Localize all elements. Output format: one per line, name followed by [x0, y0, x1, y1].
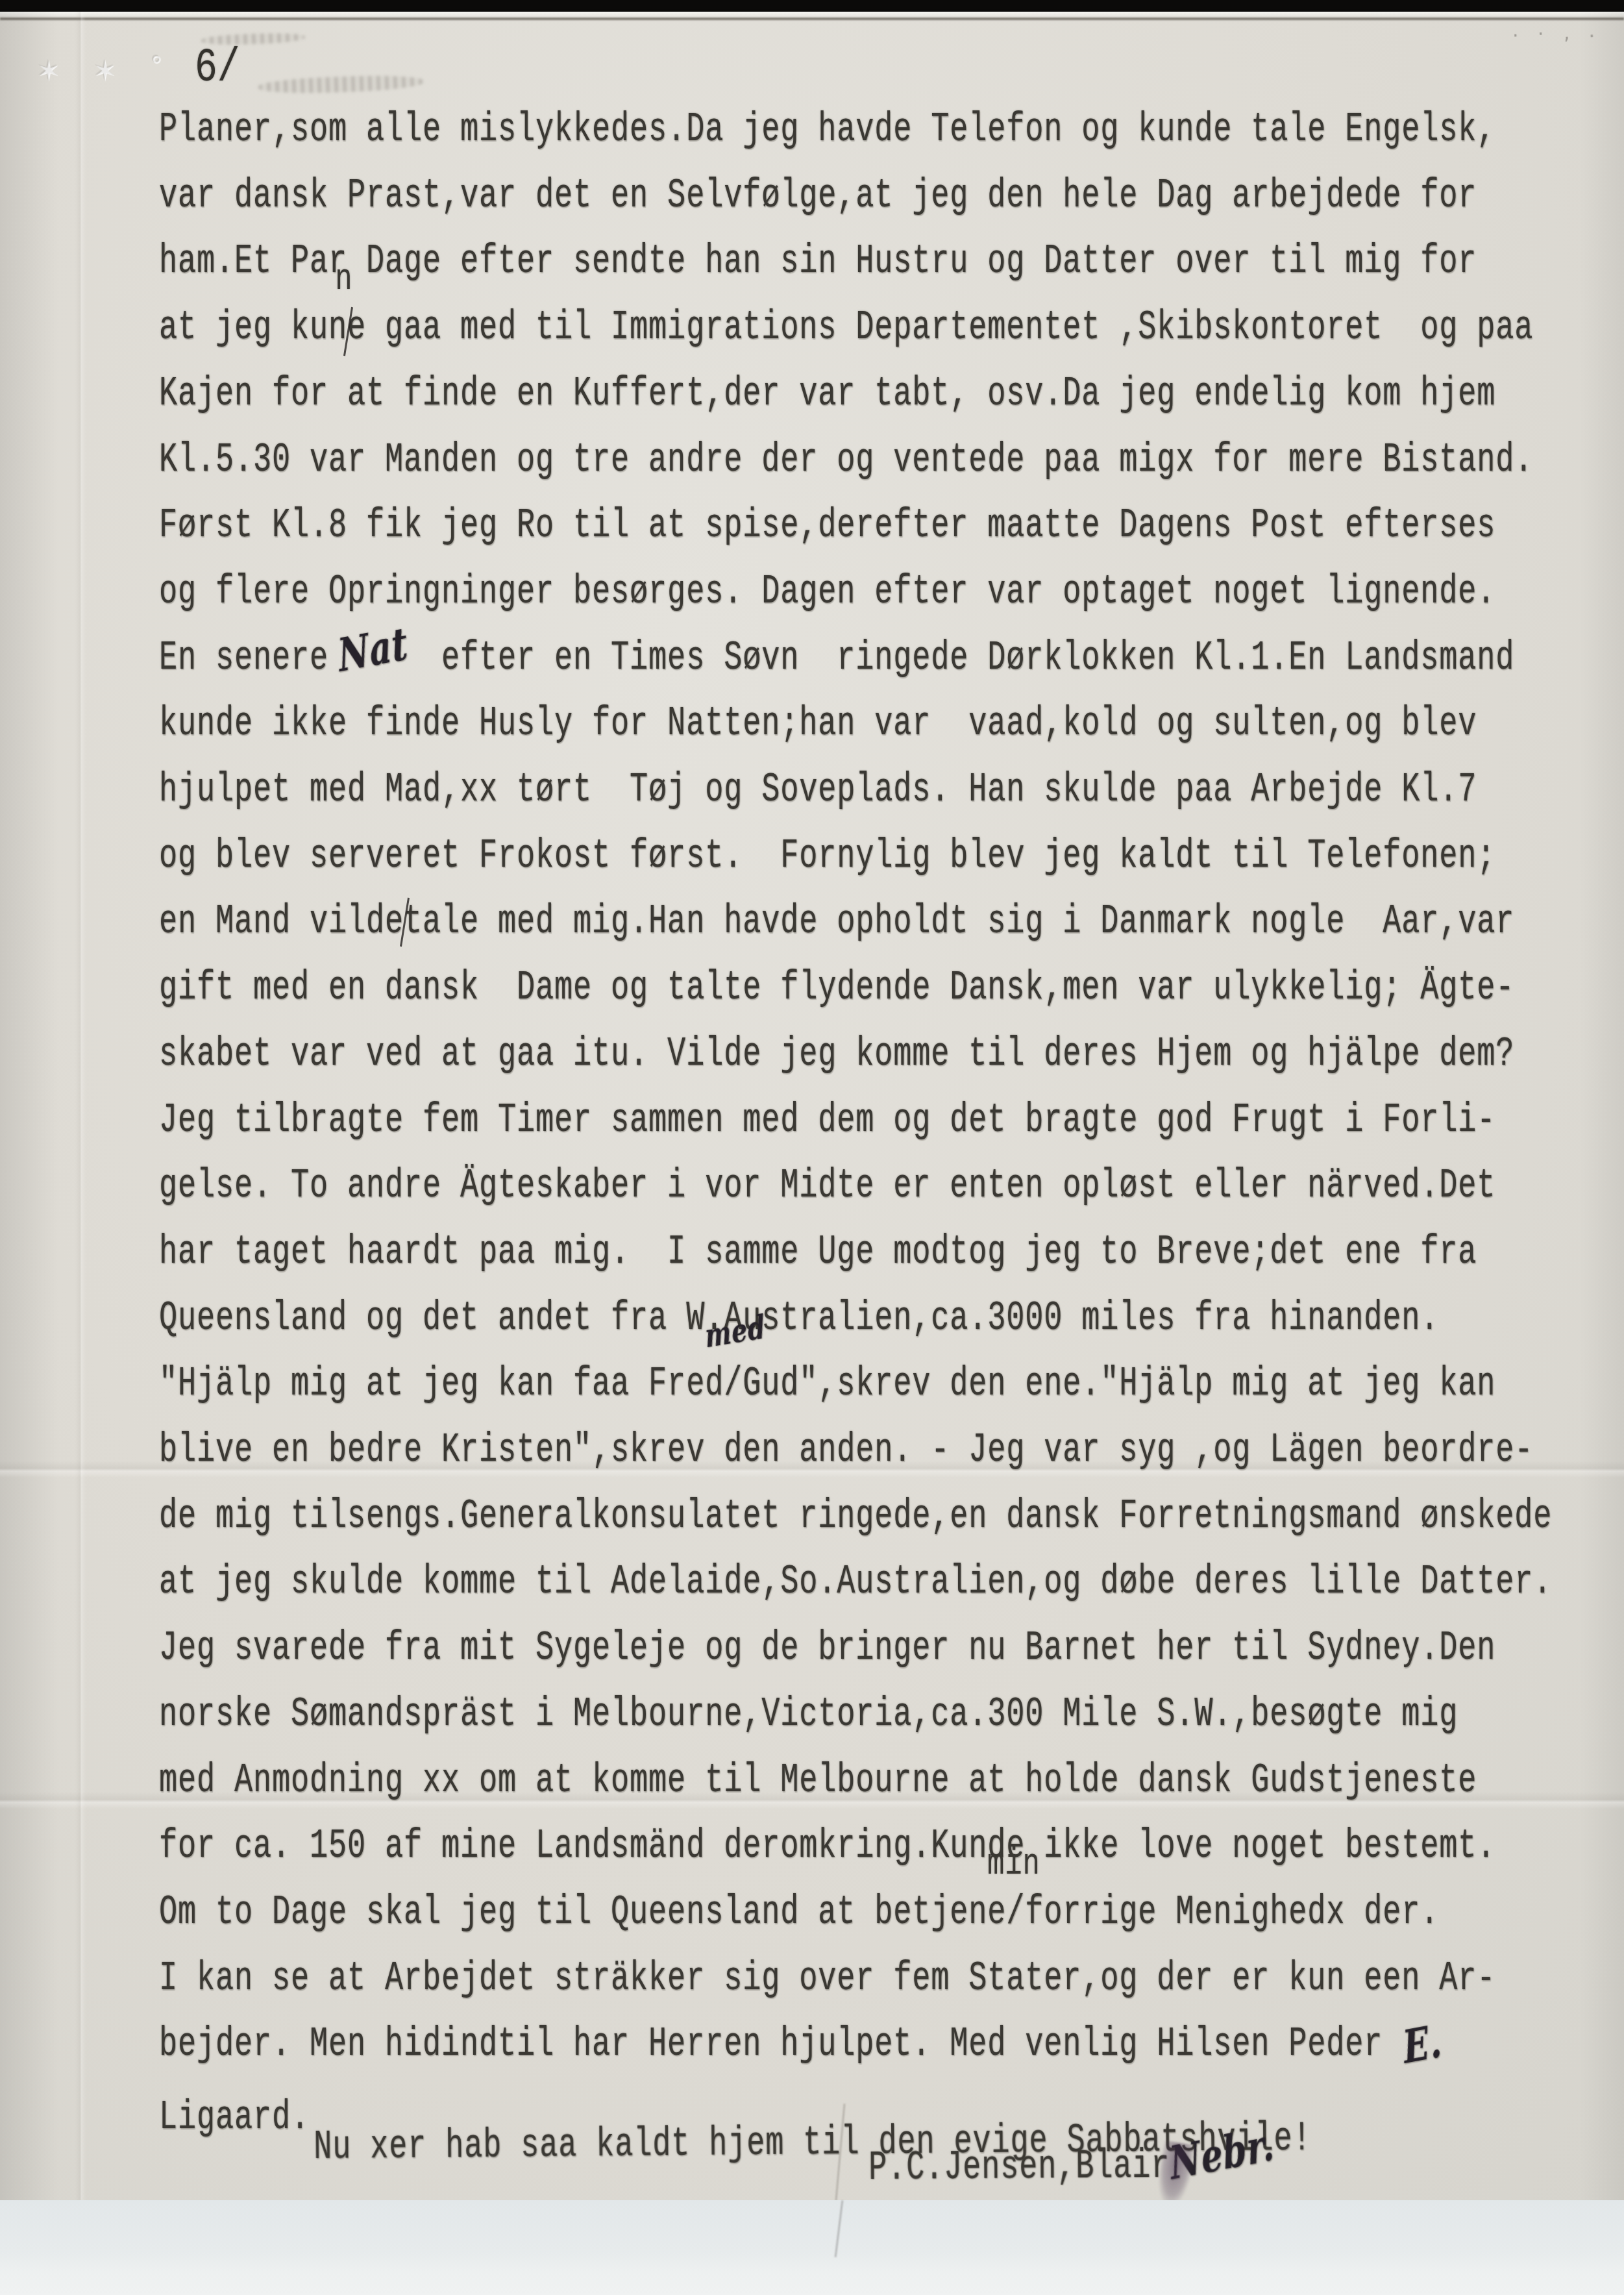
emboss-marks: ✶ ✶ ˚ ·	[36, 55, 217, 88]
letter-paper: ✶ ✶ ˚ · 6/ · · ‚ . Planer,som alle misly…	[0, 12, 1624, 2200]
scanned-letter-page: ✶ ✶ ˚ · 6/ · · ‚ . Planer,som alle misly…	[0, 0, 1624, 2295]
letter-line: og blev serveret Frokost først. Fornylig…	[159, 837, 1495, 877]
typed-text: Først Kl.8 fik jeg Ro til at spise,deref…	[159, 504, 1495, 549]
letter-line: for ca. 150 af mine Landsmänd deromkring…	[159, 1827, 1495, 1867]
vertical-fold-crease	[75, 12, 86, 2200]
typed-text: ham.Et Par Dage efter sendte han sin Hus…	[159, 240, 1477, 285]
letter-line: Først Kl.8 fik jeg Ro til at spise,deref…	[159, 506, 1495, 547]
typed-text: var dansk Prast,var det en Selvfølge,at …	[159, 174, 1477, 219]
typed-text: P.C.Jensen,Blair	[868, 2144, 1170, 2192]
letter-line: Jeg tilbragte fem Timer sammen med dem o…	[159, 1101, 1495, 1141]
scanner-background-bottom	[0, 2200, 1624, 2295]
letter-line: hjulpet med Mad,xx tørt Tøj og Soveplads…	[159, 771, 1477, 811]
typed-text: for ca. 150 af mine Landsmänd deromkring…	[159, 1824, 1495, 1870]
typed-text: og blev serveret Frokost først. Fornylig…	[159, 834, 1495, 880]
letter-line: at jeg skulde komme til Adelaide,So.Aust…	[159, 1563, 1552, 1603]
letter-line: at jeg kune gaa med til Immigrations Dep…	[159, 308, 1533, 349]
ink-ghost-smudge	[201, 32, 305, 46]
letter-line: I kan se at Arbejdet sträkker sig over f…	[159, 1959, 1495, 2000]
typed-text: kunde ikke finde Husly for Natten;han va…	[159, 702, 1477, 747]
letter-line: "Hjälp mig at jeg kan faa Fred/Gud",skre…	[159, 1365, 1495, 1405]
handwritten-med: med	[704, 1310, 767, 1352]
typed-text: at jeg skulde komme til Adelaide,So.Aust…	[159, 1560, 1552, 1606]
typed-text: Jeg svarede fra mit Sygeleje og de bring…	[159, 1626, 1495, 1672]
letter-line: En senere efter en Times Søvn ringede Dø…	[159, 639, 1514, 679]
typed-text: de mig tilsengs.Generalkonsulatet ringed…	[159, 1495, 1552, 1540]
letter-line: Om to Dage skal jeg til Queensland at be…	[159, 1893, 1439, 1933]
page-number: 6/	[195, 45, 240, 93]
typed-text: blive en bedre Kristen",skrev den anden.…	[159, 1428, 1533, 1474]
letter-line: og flere Opringninger besørges. Dagen ef…	[159, 573, 1495, 613]
typed-text: skabet var ved at gaa itu. Vilde jeg kom…	[159, 1032, 1514, 1078]
paper-top-edge-shadow	[0, 18, 1624, 20]
signature-surname: Ligaard.	[159, 2098, 310, 2139]
paper-left-shading	[0, 12, 58, 2200]
typed-text: bejder. Men hidindtil har Herren hjulpet…	[159, 2022, 1401, 2068]
letter-line: norske Sømandspräst i Melbourne,Victoria…	[159, 1695, 1458, 1735]
typed-text: norske Sømandspräst i Melbourne,Victoria…	[159, 1693, 1458, 1738]
typed-text: Queensland og det andet fra W.Australien…	[159, 1296, 1439, 1342]
typed-text: Kl.5.30 var Manden og tre andre der og v…	[159, 438, 1533, 484]
letter-line: har taget haardt paa mig. I samme Uge mo…	[159, 1233, 1477, 1273]
typed-text: Jeg tilbragte fem Timer sammen med dem o…	[159, 1098, 1495, 1144]
letter-line: Queensland og det andet fra W.Australien…	[159, 1299, 1439, 1339]
letter-line: var dansk Prast,var det en Selvfølge,at …	[159, 177, 1477, 217]
letter-line: Kl.5.30 var Manden og tre andre der og v…	[159, 441, 1533, 481]
letter-line: Kajen for at finde en Kuffert,der var ta…	[159, 375, 1495, 415]
letter-line: ham.Et Par Dage efter sendte han sin Hus…	[159, 242, 1477, 282]
paper-right-shading	[1579, 12, 1624, 2200]
typed-text: og flere Opringninger besørges. Dagen ef…	[159, 570, 1495, 615]
letter-line: gelse. To andre Ägteskaber i vor Midte e…	[159, 1167, 1495, 1207]
handwritten-nat: Nat	[336, 622, 410, 679]
typed-text: hjulpet med Mad,xx tørt Tøj og Soveplads…	[159, 768, 1477, 813]
inserted-word-min: min	[987, 1845, 1040, 1883]
typed-text: gelse. To andre Ägteskaber i vor Midte e…	[159, 1164, 1495, 1210]
ink-ghost-smudge	[258, 74, 424, 95]
letter-line: blive en bedre Kristen",skrev den anden.…	[159, 1431, 1533, 1471]
typed-text: at jeg kune gaa med til Immigrations Dep…	[159, 306, 1533, 351]
letter-line: bejder. Men hidindtil har Herren hjulpet…	[159, 2025, 1401, 2065]
typed-text: Ligaard.	[159, 2096, 310, 2141]
letter-line: med Anmodning xx om at komme til Melbour…	[159, 1761, 1477, 1802]
signature-line: P.C.Jensen,BlairNebr.	[868, 2147, 1170, 2189]
typed-text: med Anmodning xx om at komme til Melbour…	[159, 1759, 1477, 1804]
letter-line: Jeg svarede fra mit Sygeleje og de bring…	[159, 1629, 1495, 1669]
letter-line: kunde ikke finde Husly for Natten;han va…	[159, 704, 1477, 745]
typed-text: gift med en dansk Dame og talte flydende…	[159, 966, 1514, 1011]
typed-text: Kajen for at finde en Kuffert,der var ta…	[159, 372, 1495, 417]
letter-line: skabet var ved at gaa itu. Vilde jeg kom…	[159, 1035, 1514, 1075]
letter-line: gift med en dansk Dame og talte flydende…	[159, 969, 1514, 1009]
typed-text: Planer,som alle mislykkedes.Da jeg havde…	[159, 108, 1495, 153]
typed-text: "Hjälp mig at jeg kan faa Fred/Gud",skre…	[159, 1362, 1495, 1408]
letter-line: de mig tilsengs.Generalkonsulatet ringed…	[159, 1497, 1552, 1537]
typed-text: en Mand vildetale med mig.Han havde opho…	[159, 900, 1514, 945]
typed-text: I kan se at Arbejdet sträkker sig over f…	[159, 1957, 1495, 2002]
handwritten-initial-e: E.	[1401, 2020, 1444, 2072]
typed-text: Om to Dage skal jeg til Queensland at be…	[159, 1891, 1439, 1936]
letter-line: en Mand vildetale med mig.Han havde opho…	[159, 902, 1514, 943]
inserted-letter-n: n	[335, 260, 352, 298]
typed-text: har taget haardt paa mig. I samme Uge mo…	[159, 1230, 1477, 1276]
letter-line: Planer,som alle mislykkedes.Da jeg havde…	[159, 110, 1495, 151]
